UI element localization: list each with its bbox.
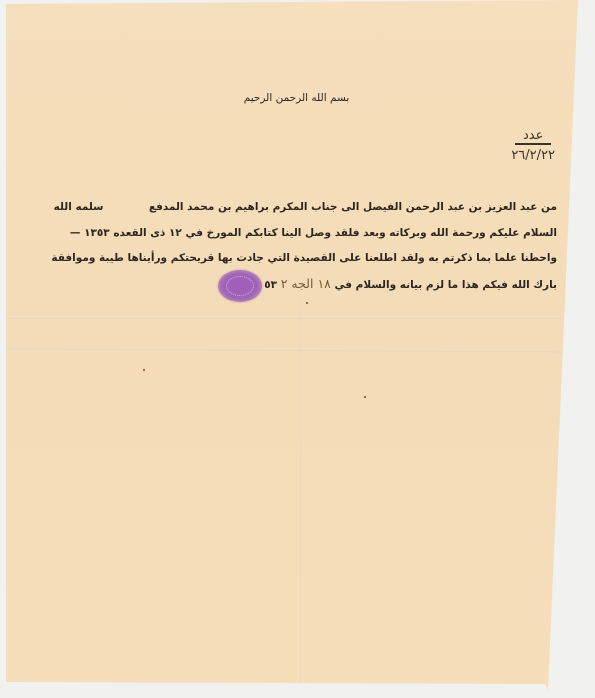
reference-underline [515, 143, 551, 145]
basmala-heading: بسم الله الرحمن الرحيم [0, 92, 594, 104]
sender-recipient-text: من عبد العزيز بن عبد الرحمن الفيصل الى ج… [149, 201, 557, 213]
letter-line-1: من عبد العزيز بن عبد الرحمن الفيصل الى ج… [54, 200, 557, 214]
reference-number: عدد ٢٦/٢/٢٢ [511, 128, 555, 163]
year-suffix: ٥٣ [264, 279, 277, 291]
fold-line-top [6, 318, 566, 319]
letter-line-3: واحطنا علما بما ذكرتم به ولقد اطلعنا على… [51, 251, 557, 265]
ink-speck [143, 369, 145, 371]
fold-line-middle [6, 349, 566, 353]
closing-text: بارك الله فيكم هذا ما لزم بيانه والسلام … [335, 279, 557, 291]
fold-line-vertical [300, 300, 301, 690]
letter-line-2: السلام عليكم ورحمة الله وبركاته وبعد فلق… [70, 226, 557, 240]
ink-speck [306, 302, 308, 304]
seal-stamp-icon [218, 270, 262, 302]
ink-speck [364, 396, 366, 398]
reference-label: عدد [511, 128, 555, 143]
letter-line-4: بارك الله فيكم هذا ما لزم بيانه والسلام … [264, 277, 557, 292]
scanned-document: بسم الله الرحمن الرحيم عدد ٢٦/٢/٢٢ من عب… [0, 0, 595, 698]
salutation-closing: سلمه الله [54, 201, 104, 213]
reference-value: ٢٦/٢/٢٢ [511, 148, 555, 163]
letter-paper [0, 0, 595, 698]
handwritten-date: ١٨ الجه ٢ [281, 276, 331, 291]
